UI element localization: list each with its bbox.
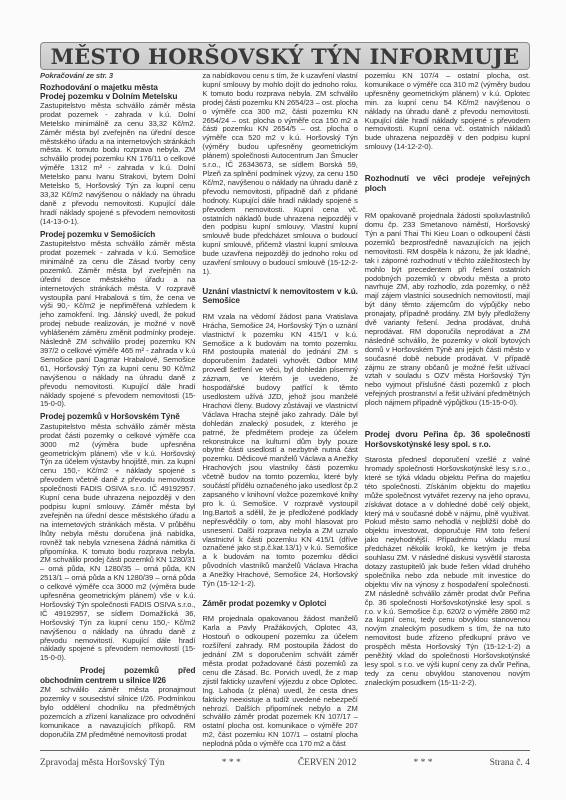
article-body: pozemku KN 107/4 – ostatní plocha, ost. …	[365, 72, 530, 152]
page-footer: Zpravodaj města Horšovský Týn * * * ČERV…	[40, 758, 530, 768]
column-2: za nabídkovou cenu s tím, že k uzavření …	[202, 72, 357, 732]
continued-note: Pokračování ze str. 3	[40, 72, 195, 81]
article-body: Zastupitelstvo města schválilo záměr měs…	[40, 102, 195, 227]
page-number: Strana č. 4	[490, 758, 530, 768]
article-title: Prodej pozemku v Semošicích	[40, 230, 195, 240]
article-title: Prodej pozemků v Horšovském Týně	[40, 412, 195, 422]
footer-divider	[40, 750, 530, 751]
footer-separator: * * *	[414, 758, 433, 768]
article-body: Zastupitelstvo města schválilo záměr měs…	[40, 240, 195, 409]
article-body: RM opakovaně projednala žádosti spoluvla…	[365, 212, 530, 408]
article-body: Zastupitelstvo města schválilo záměr měs…	[40, 423, 195, 663]
article-body: RM projednala opakovanou žádost manželů …	[202, 615, 357, 749]
article-columns: Pokračování ze str. 3 Rozhodování o maje…	[40, 72, 530, 732]
footer-separator: * * *	[222, 758, 241, 768]
column-1: Pokračování ze str. 3 Rozhodování o maje…	[40, 72, 195, 732]
page-title: MĚSTO HORŠOVSKÝ TÝN INFORMUJE	[51, 44, 520, 69]
newsletter-page: MĚSTO HORŠOVSKÝ TÝN INFORMUJE Pokračován…	[40, 42, 530, 732]
publication-name: Zpravodaj města Horšovský Týn	[40, 758, 165, 768]
article-title: Prodej dvoru Peřina čp. 36 společnosti H…	[365, 430, 530, 449]
article-title: Uznání vlastnictví k nemovitostem v k.ú.…	[202, 287, 357, 306]
article-title: Prodej pozemků před obchodním centrem u …	[40, 666, 195, 685]
article-body: Starosta přednesl doporučení vzešlé z va…	[365, 456, 530, 688]
article-body: ZM schválilo záměr města pronajmout poze…	[40, 686, 195, 739]
article-body: RM vzala na vědomí žádost pana Vratislav…	[202, 313, 357, 589]
article-title: Rozhodnutí ve věci prodeje veřejných plo…	[365, 174, 530, 193]
article-body: za nabídkovou cenu s tím, že k uzavření …	[202, 72, 357, 277]
article-title: Záměr prodat pozemky v Oplotci	[202, 599, 357, 609]
header-banner: MĚSTO HORŠOVSKÝ TÝN INFORMUJE	[40, 42, 530, 70]
issue-date: ČERVEN 2012	[298, 758, 357, 768]
column-3: pozemku KN 107/4 – ostatní plocha, ost. …	[365, 72, 530, 732]
